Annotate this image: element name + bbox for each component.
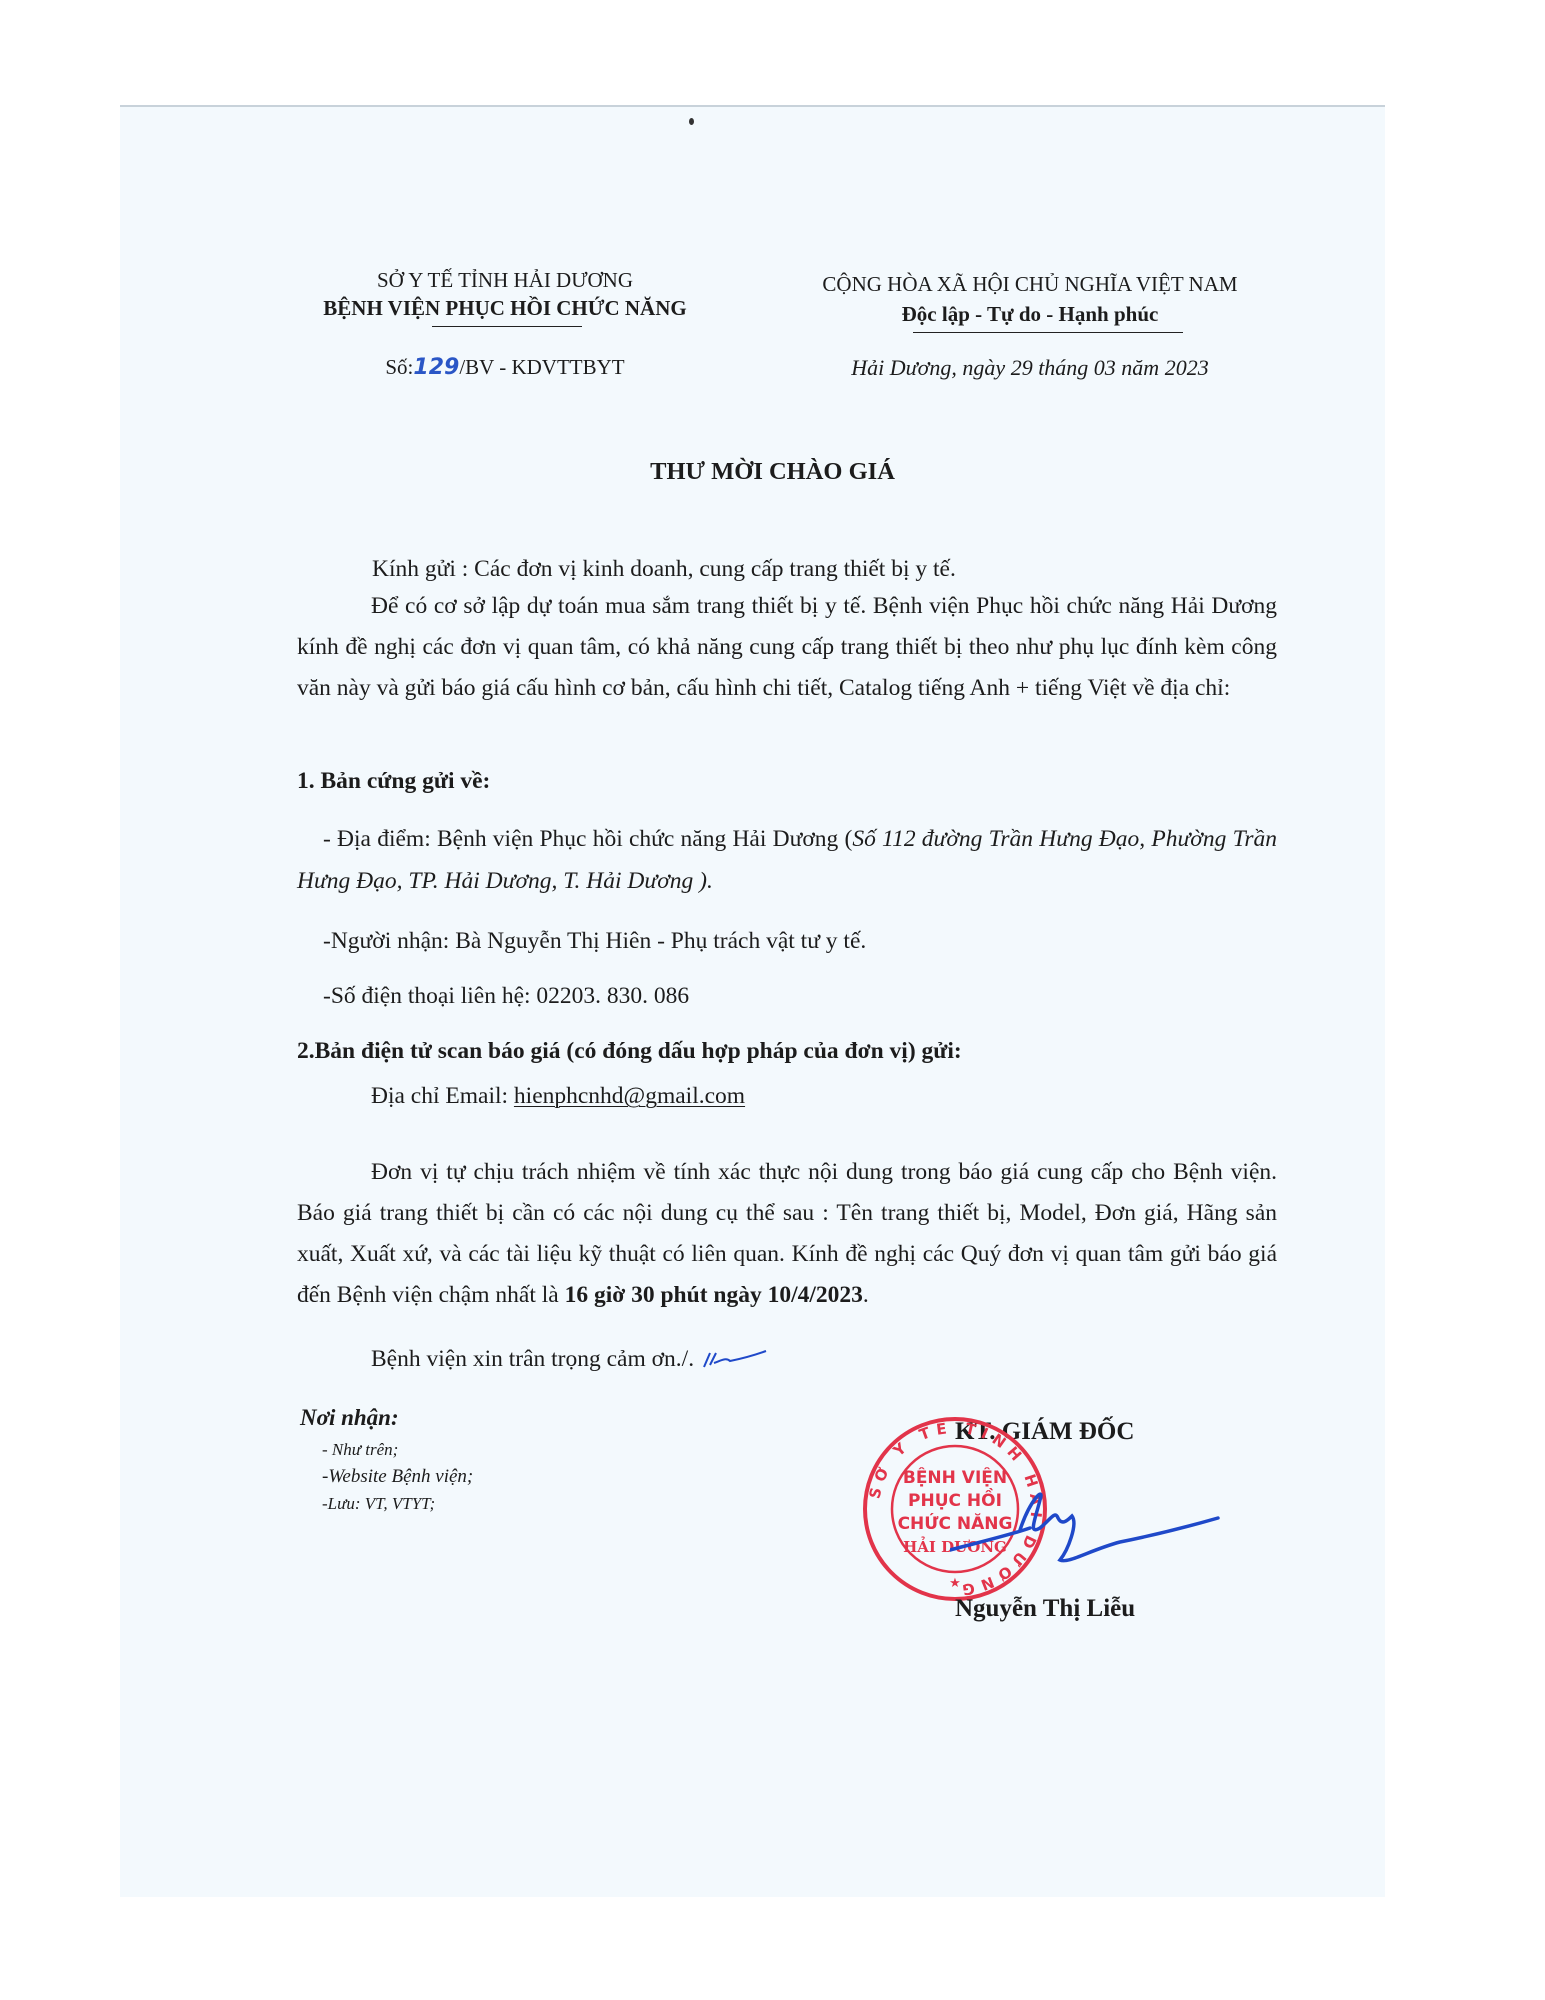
thanks-text: Bệnh viện xin trân trọng cảm ơn./.	[371, 1346, 694, 1372]
email-line: Địa chỉ Email: hienphcnhd@gmail.com	[371, 1075, 745, 1117]
email-link[interactable]: hienphcnhd@gmail.com	[514, 1083, 745, 1109]
recipient-item: -Website Bệnh viện;	[322, 1466, 473, 1488]
section1-recipient: -Người nhận: Bà Nguyễn Thị Hiên - Phụ tr…	[323, 920, 866, 962]
recipients-heading: Nơi nhận:	[300, 1405, 399, 1431]
email-label: Địa chỉ Email:	[371, 1083, 514, 1109]
country-name: CỘNG HÒA XÃ HỘI CHỦ NGHĨA VIỆT NAM	[760, 272, 1300, 297]
section2-heading: 2.Bản điện tử scan báo giá (có đóng dấu …	[297, 1030, 962, 1072]
salutation: Kính gửi : Các đơn vị kinh doanh, cung c…	[372, 548, 956, 590]
recipient-item: -Lưu: VT, VTYT;	[322, 1494, 435, 1514]
responsibility-end: .	[863, 1282, 869, 1308]
document-title: THƯ MỜI CHÀO GIÁ	[400, 458, 1145, 486]
scan-speck	[689, 118, 694, 125]
section1-heading: 1. Bản cứng gửi về:	[297, 760, 490, 802]
recipient-item: - Như trên;	[322, 1440, 398, 1460]
doc-number-suffix: /BV - KDVTTBYT	[459, 355, 624, 379]
intro-paragraph: Để có cơ sở lập dự toán mua sắm trang th…	[297, 586, 1277, 709]
signatory-name: Nguyễn Thị Liễu	[955, 1595, 1135, 1623]
place-date: Hải Dương, ngày 29 tháng 03 năm 2023	[760, 355, 1300, 381]
hospital-name: BỆNH VIỆN PHỤC HỒI CHỨC NĂNG	[270, 296, 740, 321]
intro-text: Để có cơ sở lập dự toán mua sắm trang th…	[297, 593, 1277, 701]
document-number: Số:129/BV - KDVTTBYT	[270, 355, 740, 380]
location-label: - Địa điểm: Bệnh viện Phục hồi chức năng…	[323, 826, 852, 852]
agency-name: SỞ Y TẾ TỈNH HẢI DƯƠNG	[270, 268, 740, 293]
initials-signature-icon	[700, 1347, 770, 1375]
deadline: 16 giờ 30 phút ngày 10/4/2023	[565, 1282, 863, 1308]
motto-underline	[913, 332, 1183, 333]
hospital-underline	[432, 326, 582, 327]
section1-location: - Địa điểm: Bệnh viện Phục hồi chức năng…	[297, 818, 1277, 902]
doc-number-prefix: Số:	[385, 355, 413, 379]
handwritten-signature-icon	[950, 1480, 1220, 1580]
section1-phone: -Số điện thoại liên hệ: 02203. 830. 086	[323, 975, 689, 1017]
responsibility-paragraph: Đơn vị tự chịu trách nhiệm về tính xác t…	[297, 1152, 1277, 1316]
doc-number-handwritten: 129	[413, 355, 459, 380]
thanks-line: Bệnh viện xin trân trọng cảm ơn./.	[371, 1338, 770, 1380]
national-motto: Độc lập - Tự do - Hạnh phúc	[760, 302, 1300, 327]
